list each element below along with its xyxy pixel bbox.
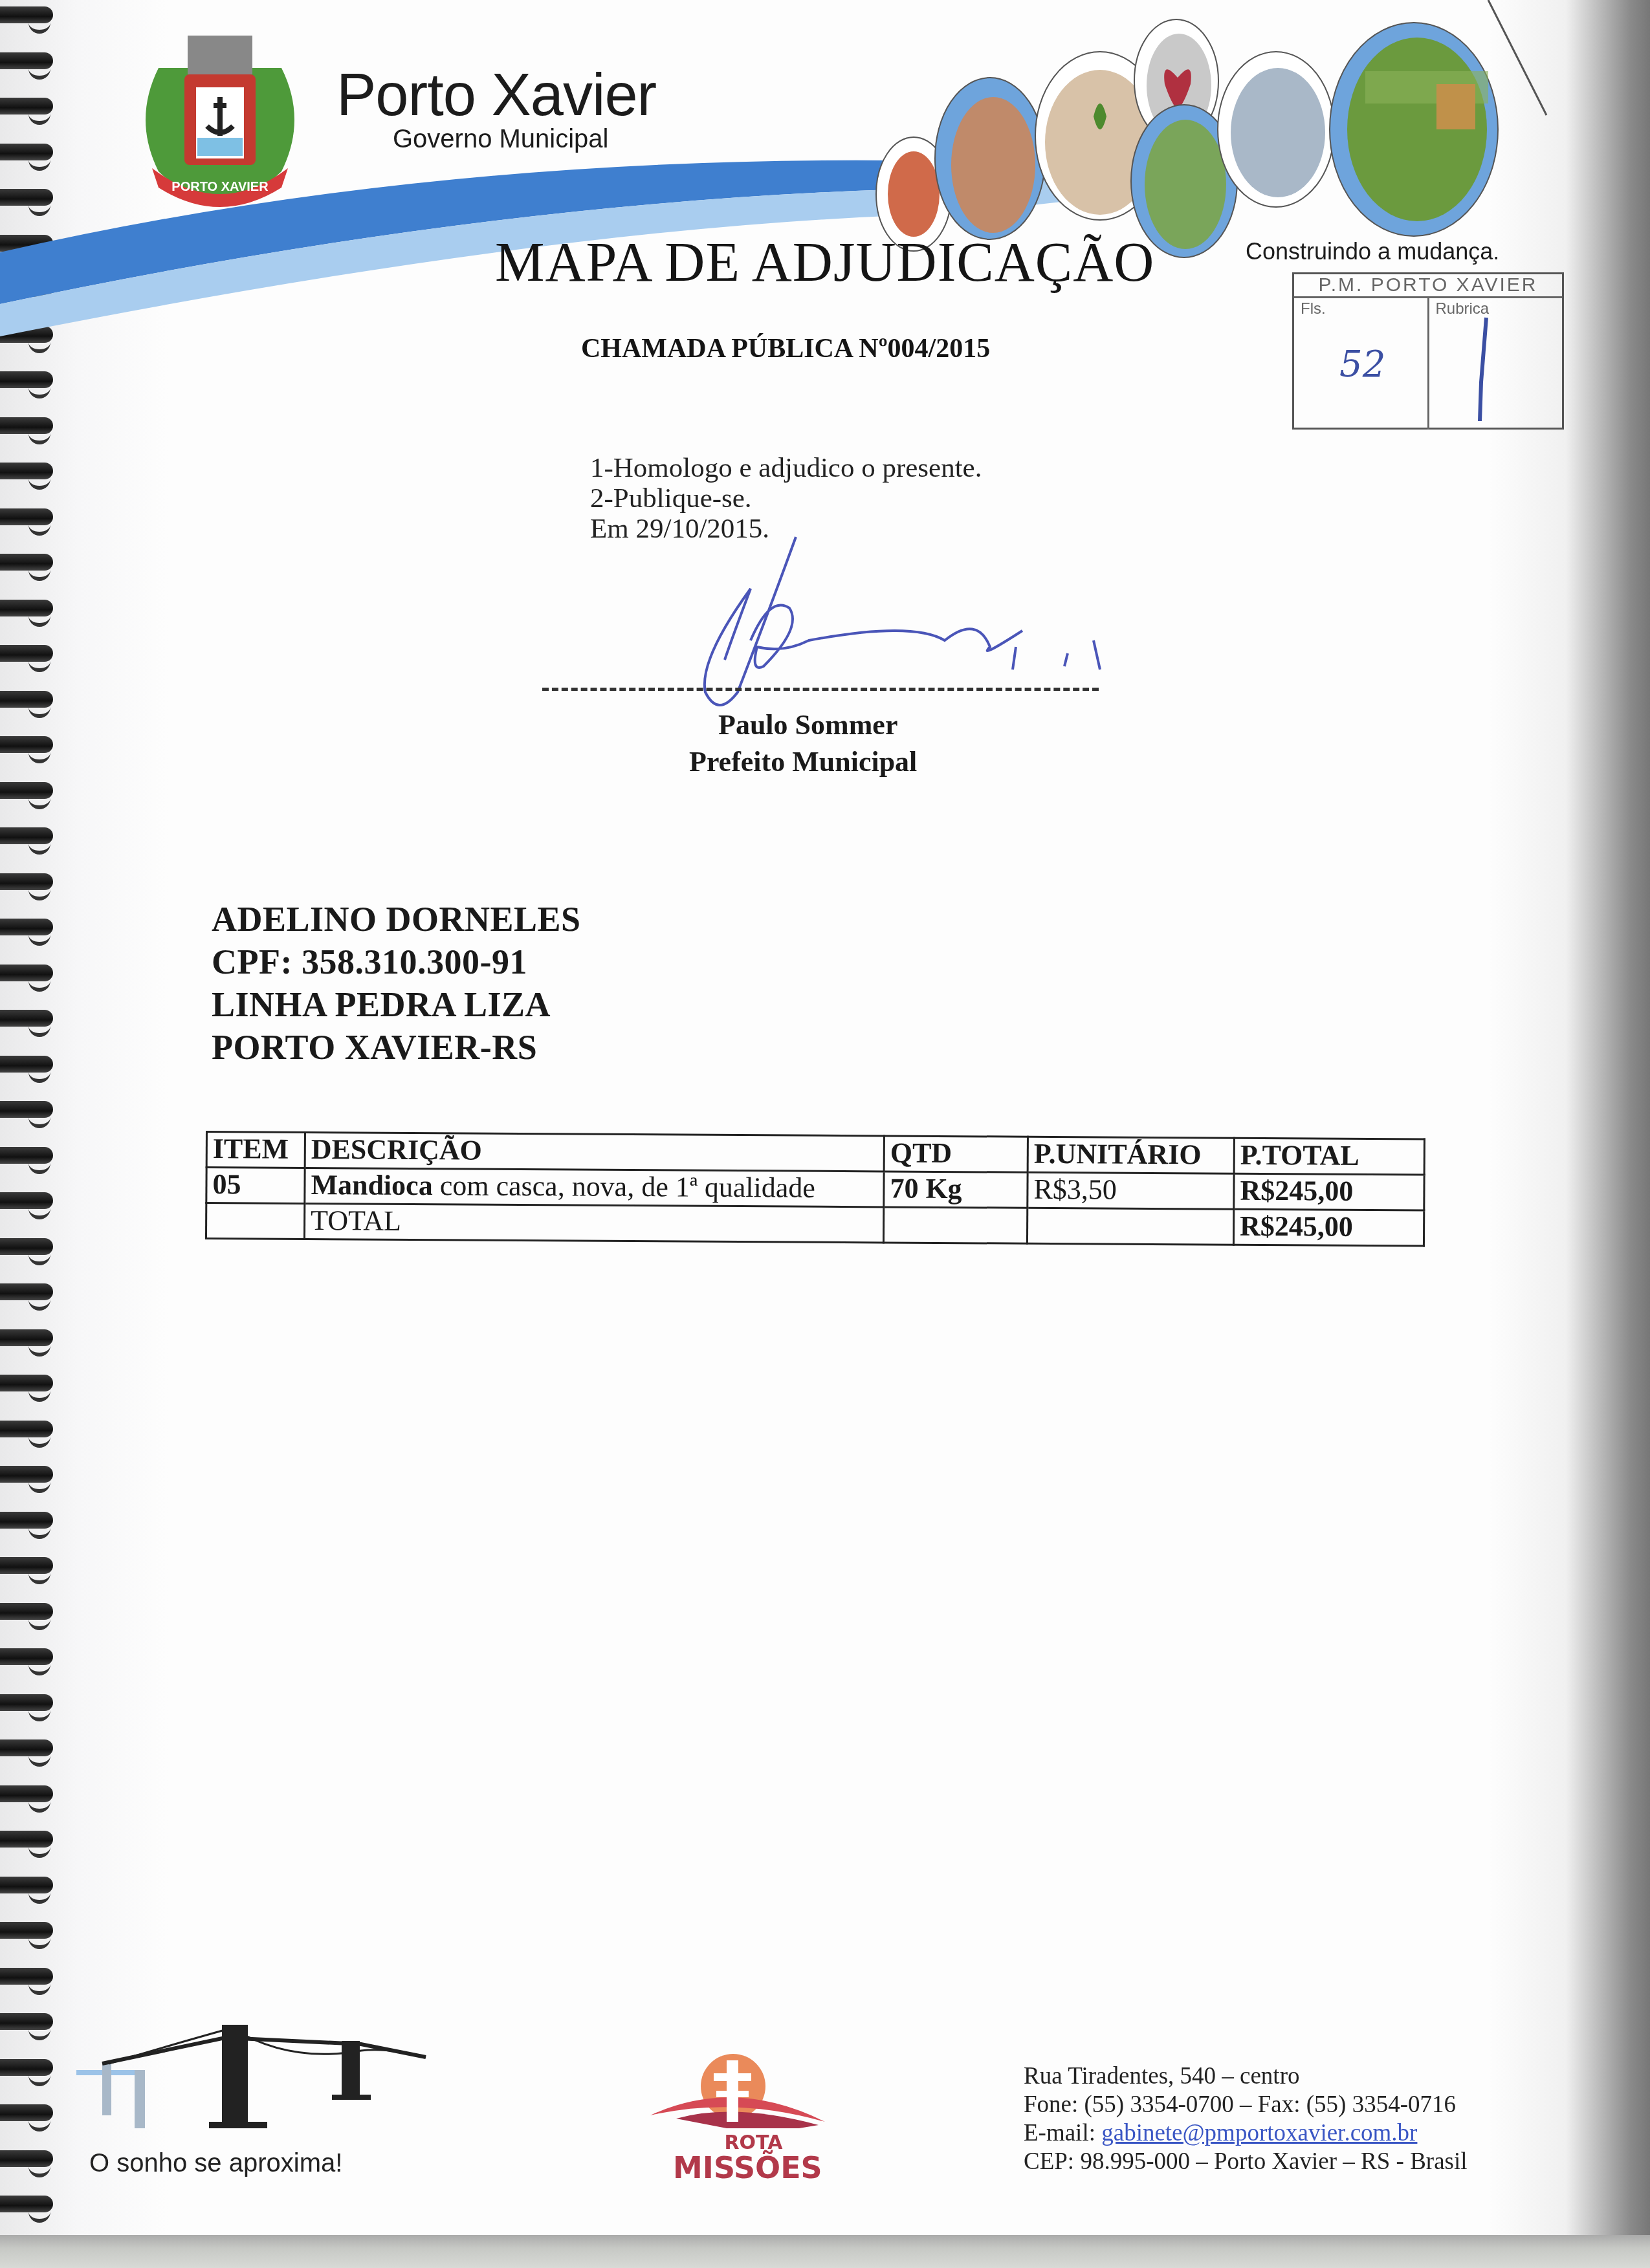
supplier-city: PORTO XAVIER-RS (212, 1026, 581, 1069)
binding-ring (0, 1192, 53, 1209)
binding-ring (0, 1375, 53, 1391)
binding-ring (0, 2013, 53, 2030)
binding-ring (0, 417, 53, 434)
binding-ring (0, 1831, 53, 1848)
footer-slogan: O sonho se aproxima! (89, 2149, 342, 2178)
signer-name: Paulo Sommer (718, 708, 897, 741)
binding-ring (0, 508, 53, 525)
approval-line-2: 2-Publique-se. (590, 483, 982, 514)
supplier-name: ADELINO DORNELES (212, 898, 581, 941)
cell-unit-price: R$3,50 (1028, 1172, 1234, 1209)
binding-ring (0, 782, 53, 799)
binding-ring (0, 1010, 53, 1027)
rota-missoes-label: ROTA MISSÕES (673, 2132, 822, 2185)
cell-total-price: R$245,00 (1234, 1173, 1424, 1210)
page-bottom-edge (0, 2235, 1650, 2268)
contact-phone: Fone: (55) 3354-0700 – Fax: (55) 3354-07… (1024, 2091, 1468, 2119)
stamp-folio-cell: Fls. 52 (1294, 298, 1429, 430)
total-value: R$245,00 (1233, 1209, 1424, 1246)
header-unit-price: P.UNITÁRIO (1028, 1137, 1234, 1173)
rota-line-2: MISSÕES (673, 2150, 822, 2185)
total-label: TOTAL (304, 1203, 883, 1242)
binding-ring (0, 2196, 53, 2212)
signature-icon (641, 530, 1158, 712)
binding-ring (0, 1785, 53, 1802)
binding-ring (0, 1648, 53, 1665)
signature-line (542, 688, 1099, 691)
binding-ring (0, 1512, 53, 1529)
municipal-crest-icon: PORTO XAVIER (133, 29, 307, 217)
binding-ring (0, 736, 53, 753)
binding-ring (0, 827, 53, 844)
brand-subtitle: Governo Municipal (393, 125, 609, 154)
cell-quantity: 70 Kg (884, 1172, 1028, 1208)
rota-missoes-logo-icon (637, 2051, 831, 2128)
tagline: Construindo a mudança. (1246, 238, 1499, 265)
cell-item: 05 (206, 1168, 305, 1204)
table-total-row: TOTAL R$245,00 (206, 1203, 1424, 1246)
svg-text:PORTO XAVIER: PORTO XAVIER (171, 180, 269, 194)
binding-ring (0, 1466, 53, 1483)
cell-empty (206, 1203, 304, 1239)
stamp-header: P.M. PORTO XAVIER (1294, 274, 1562, 298)
binding-ring (0, 600, 53, 616)
adjudication-table: ITEM DESCRIÇÃO QTD P.UNITÁRIO P.TOTAL 05… (205, 1131, 1425, 1247)
header-item: ITEM (206, 1132, 305, 1168)
binding-ring (0, 1603, 53, 1620)
brand-title: Porto Xavier (336, 61, 656, 129)
supplier-block: ADELINO DORNELES CPF: 358.310.300-91 LIN… (212, 898, 581, 1069)
document-title: MAPA DE ADJUDICAÇÃO (495, 230, 1154, 294)
binding-ring (0, 1877, 53, 1893)
binding-ring (0, 371, 53, 388)
header-total-price: P.TOTAL (1234, 1138, 1424, 1175)
cell-description: Mandioca com casca, nova, de 1ª qualidad… (305, 1168, 884, 1206)
binding-ring (0, 1694, 53, 1711)
binding-ring (0, 873, 53, 890)
binding-ring (0, 691, 53, 708)
document-subtitle: CHAMADA PÚBLICA Nº004/2015 (581, 333, 990, 364)
binding-ring (0, 1329, 53, 1346)
binding-ring (0, 1922, 53, 1939)
contact-email-row: E-mail: gabinete@pmportoxavier.com.br (1024, 2119, 1468, 2148)
rubric-mark-icon (1462, 311, 1501, 428)
binding-ring (0, 965, 53, 981)
approval-line-1: 1-Homologo e adjudico o presente. (590, 453, 982, 483)
contact-address: Rua Tiradentes, 540 – centro (1024, 2062, 1468, 2091)
supplier-address: LINHA PEDRA LIZA (212, 983, 581, 1026)
stamp-folio-label: Fls. (1301, 300, 1326, 318)
contact-block: Rua Tiradentes, 540 – centro Fone: (55) … (1024, 2062, 1468, 2176)
binding-ring (0, 1056, 53, 1073)
email-link[interactable]: gabinete@pmportoxavier.com.br (1101, 2120, 1417, 2146)
binding-ring (0, 645, 53, 662)
binding-ring (0, 2150, 53, 2167)
bridge-icon (76, 2018, 439, 2148)
email-label: E-mail: (1024, 2120, 1101, 2146)
binding-ring (0, 2104, 53, 2121)
binding-ring (0, 1739, 53, 1756)
cell-empty (1027, 1208, 1233, 1245)
binding-ring (0, 1283, 53, 1300)
binding-ring (0, 1557, 53, 1574)
stamp-rubric-cell: Rubrica (1429, 298, 1563, 430)
header-quantity: QTD (884, 1136, 1028, 1172)
stamp-folio-value: 52 (1339, 343, 1385, 386)
description-details: com casca, nova, de 1ª qualidade (433, 1170, 816, 1204)
binding-ring (0, 463, 53, 479)
header-description: DESCRIÇÃO (305, 1132, 884, 1171)
supplier-cpf: CPF: 358.310.300-91 (212, 941, 581, 983)
binding-ring (0, 919, 53, 935)
photo-circles (876, 19, 1498, 257)
binding-ring (0, 1101, 53, 1118)
page-number-stamp: P.M. PORTO XAVIER Fls. 52 Rubrica (1292, 272, 1564, 430)
binding-ring (0, 1238, 53, 1255)
description-product: Mandioca (311, 1169, 433, 1201)
binding-ring (0, 554, 53, 571)
binding-ring (0, 2059, 53, 2076)
cell-empty (883, 1207, 1027, 1243)
contact-cep: CEP: 98.995-000 – Porto Xavier – RS - Br… (1024, 2148, 1468, 2176)
binding-ring (0, 1147, 53, 1164)
signer-role: Prefeito Municipal (689, 745, 917, 778)
binding-ring (0, 1968, 53, 1985)
binding-ring (0, 1421, 53, 1437)
